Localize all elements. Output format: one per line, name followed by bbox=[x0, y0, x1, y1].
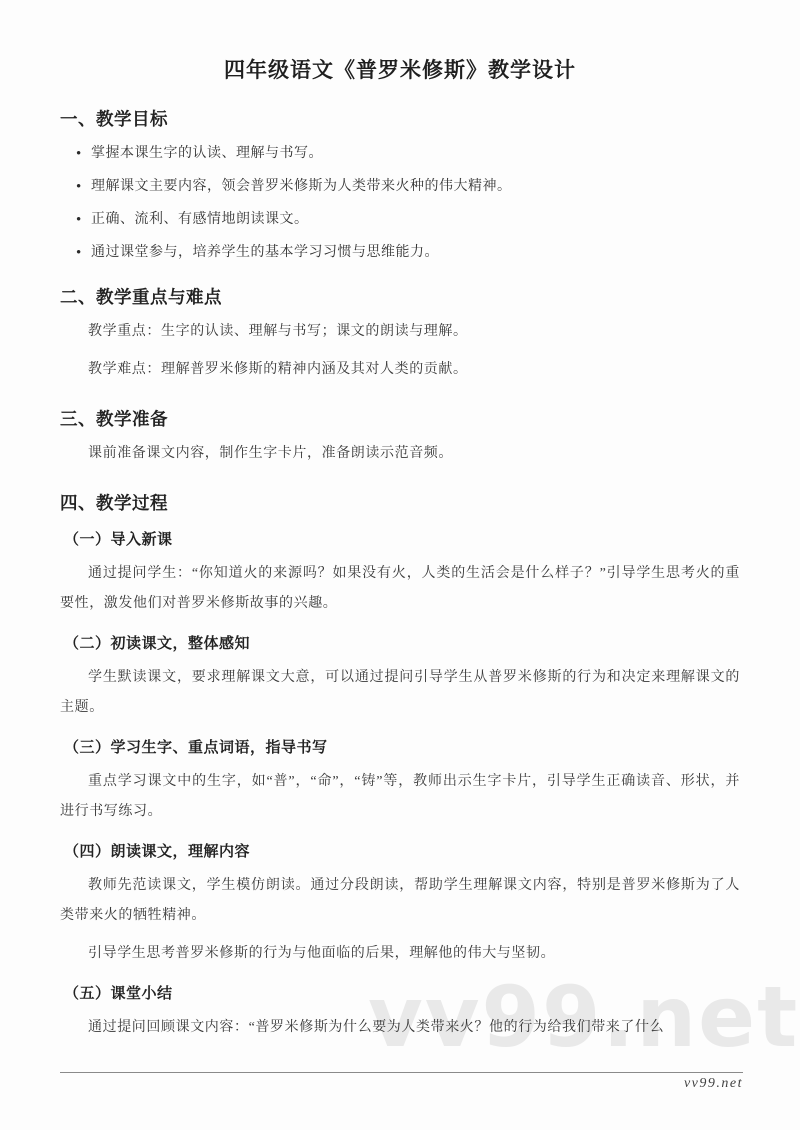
subsection-heading-new-words: （三）学习生字、重点词语，指导书写 bbox=[60, 737, 740, 759]
objectives-list: 掌握本课生字的认读、理解与书写。 理解课文主要内容，领会普罗米修斯为人类带来火种… bbox=[60, 144, 740, 263]
paragraph-difficult-point: 教学难点：理解普罗米修斯的精神内涵及其对人类的贡献。 bbox=[60, 355, 740, 385]
section-heading-process: 四、教学过程 bbox=[60, 491, 740, 515]
section-heading-objectives: 一、教学目标 bbox=[60, 107, 740, 131]
paragraph-lead-in: 通过提问学生：“你知道火的来源吗？如果没有火，人类的生活会是什么样子？”引导学生… bbox=[60, 559, 740, 619]
paragraph-key-point: 教学重点：生字的认读、理解与书写；课文的朗读与理解。 bbox=[60, 317, 740, 347]
paragraph-read-aloud-1: 教师先范读课文，学生模仿朗读。通过分段朗读，帮助学生理解课文内容，特别是普罗米修… bbox=[60, 871, 740, 931]
paragraph-new-words: 重点学习课文中的生字，如“普”，“命”，“铸”等，教师出示生字卡片，引导学生正确… bbox=[60, 767, 740, 827]
section-heading-key-points: 二、教学重点与难点 bbox=[60, 285, 740, 309]
list-item: 通过课堂参与，培养学生的基本学习习惯与思维能力。 bbox=[76, 243, 740, 263]
subsection-heading-lead-in: （一）导入新课 bbox=[60, 529, 740, 551]
footer-site-text: vv99.net bbox=[60, 1073, 743, 1092]
subsection-heading-read-aloud: （四）朗读课文，理解内容 bbox=[60, 841, 740, 863]
paragraph-read-aloud-2: 引导学生思考普罗米修斯的行为与他面临的后果，理解他的伟大与坚韧。 bbox=[60, 939, 740, 969]
page-footer: vv99.net bbox=[60, 1072, 743, 1092]
paragraph-first-reading: 学生默读课文，要求理解课文大意，可以通过提问引导学生从普罗米修斯的行为和决定来理… bbox=[60, 663, 740, 723]
subsection-heading-summary: （五）课堂小结 bbox=[60, 983, 740, 1005]
subsection-heading-first-reading: （二）初读课文，整体感知 bbox=[60, 633, 740, 655]
section-heading-preparation: 三、教学准备 bbox=[60, 407, 740, 431]
document-content: 四年级语文《普罗米修斯》教学设计 一、教学目标 掌握本课生字的认读、理解与书写。… bbox=[0, 55, 800, 1043]
list-item: 理解课文主要内容，领会普罗米修斯为人类带来火种的伟大精神。 bbox=[76, 177, 740, 197]
paragraph-preparation: 课前准备课文内容，制作生字卡片，准备朗读示范音频。 bbox=[60, 439, 740, 469]
list-item: 掌握本课生字的认读、理解与书写。 bbox=[76, 144, 740, 164]
paragraph-summary: 通过提问回顾课文内容：“普罗米修斯为什么要为人类带来火？他的行为给我们带来了什么 bbox=[60, 1013, 740, 1043]
document-title: 四年级语文《普罗米修斯》教学设计 bbox=[60, 55, 740, 85]
document-page: vv99.net 四年级语文《普罗米修斯》教学设计 一、教学目标 掌握本课生字的… bbox=[0, 0, 800, 1130]
list-item: 正确、流利、有感情地朗读课文。 bbox=[76, 210, 740, 230]
